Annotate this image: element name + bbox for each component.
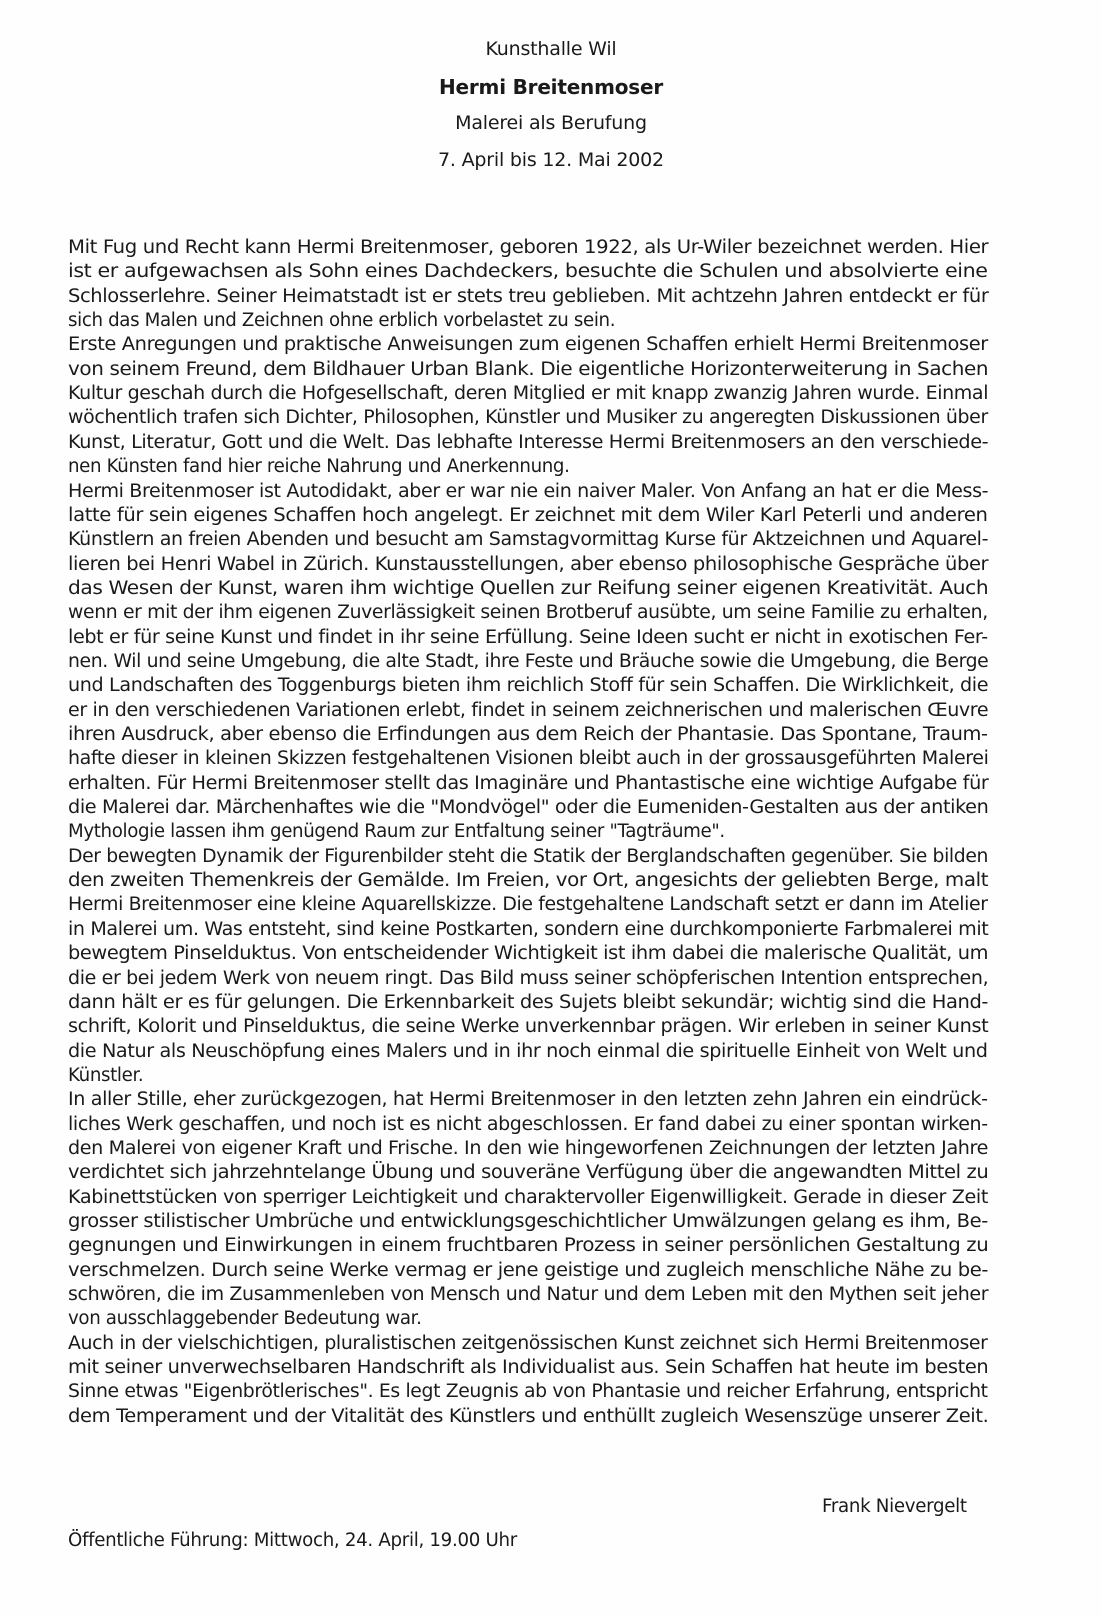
text-line: sich das Malen und Zeichnen ohne erblich… bbox=[68, 309, 615, 333]
text-line: dann hält er es für gelungen. Die Erkenn… bbox=[68, 991, 988, 1015]
text-line: die er bei jedem Werk von neuem ringt. D… bbox=[68, 967, 988, 991]
text-line: mit seiner unverwechselbaren Handschrift… bbox=[68, 1356, 988, 1380]
guided-tour-note: Öffentliche Führung: Mittwoch, 24. April… bbox=[68, 1530, 517, 1551]
text-line: Künstlern an freien Abenden und besucht … bbox=[68, 528, 988, 552]
exhibition-dates: 7. April bis 12. Mai 2002 bbox=[0, 149, 1102, 171]
text-line: nen Künsten fand hier reiche Nahrung und… bbox=[68, 455, 570, 479]
text-line: Mit Fug und Recht kann Hermi Breitenmose… bbox=[68, 236, 988, 260]
text-line: nen. Wil und seine Umgebung, die alte St… bbox=[68, 650, 988, 674]
text-line: dem Temperament und der Vitalität des Kü… bbox=[68, 1405, 988, 1429]
text-line: die Natur als Neuschöpfung eines Malers … bbox=[68, 1040, 988, 1064]
document-page: Kunsthalle Wil Hermi Breitenmoser Malere… bbox=[0, 0, 1102, 1618]
text-line: verschmelzen. Durch seine Werke vermag e… bbox=[68, 1259, 988, 1283]
text-line: grosser stilistischer Umbrüche und entwi… bbox=[68, 1210, 988, 1234]
text-line: Schlosserlehre. Seiner Heimatstadt ist e… bbox=[68, 285, 988, 309]
text-line: Mythologie lassen ihm genügend Raum zur … bbox=[68, 820, 725, 844]
text-line: Der bewegten Dynamik der Figurenbilder s… bbox=[68, 845, 988, 869]
text-line: erhalten. Für Hermi Breitenmoser stellt … bbox=[68, 772, 988, 796]
text-line: verdichtet sich jahrzehntelange Übung un… bbox=[68, 1161, 988, 1185]
text-line: lebt er für seine Kunst und findet in ih… bbox=[68, 626, 988, 650]
text-line: in Malerei um. Was entsteht, sind keine … bbox=[68, 918, 988, 942]
text-line: Hermi Breitenmoser eine kleine Aquarells… bbox=[68, 893, 988, 917]
venue-name: Kunsthalle Wil bbox=[0, 38, 1102, 60]
text-line: Sinne etwas "Eigenbrötlerisches". Es leg… bbox=[68, 1380, 988, 1404]
artist-name: Hermi Breitenmoser bbox=[0, 75, 1102, 99]
text-line: von ausschlaggebender Bedeutung war. bbox=[68, 1307, 422, 1331]
author-signature: Frank Nievergelt bbox=[822, 1496, 967, 1517]
text-line: liches Werk geschaffen, und noch ist es … bbox=[68, 1113, 988, 1137]
exhibition-title: Malerei als Berufung bbox=[0, 112, 1102, 134]
text-line: von seinem Freund, dem Bildhauer Urban B… bbox=[68, 358, 988, 382]
text-line: ihren Ausdruck, aber ebenso die Erfindun… bbox=[68, 723, 988, 747]
text-line: Hermi Breitenmoser ist Autodidakt, aber … bbox=[68, 480, 988, 504]
text-line: und Landschaften des Toggenburgs bieten … bbox=[68, 674, 988, 698]
text-line: In aller Stille, eher zurückgezogen, hat… bbox=[68, 1088, 988, 1112]
text-line: schwören, die im Zusammenleben von Mensc… bbox=[68, 1283, 988, 1307]
text-line: schrift, Kolorit und Pinselduktus, die s… bbox=[68, 1015, 988, 1039]
text-line: Kultur geschah durch die Hofgesellschaft… bbox=[68, 382, 988, 406]
text-line: hafte dieser in kleinen Skizzen festgeha… bbox=[68, 747, 988, 771]
text-line: latte für sein eigenes Schaffen hoch ang… bbox=[68, 504, 988, 528]
text-line: den zweiten Themenkreis der Gemälde. Im … bbox=[68, 869, 988, 893]
text-line: er in den verschiedenen Variationen erle… bbox=[68, 699, 988, 723]
text-line: ist er aufgewachsen als Sohn eines Dachd… bbox=[68, 260, 988, 284]
text-line: wenn er mit der ihm eigenen Zuverlässigk… bbox=[68, 601, 988, 625]
text-line: Kabinettstücken von sperriger Leichtigke… bbox=[68, 1186, 988, 1210]
text-line: das Wesen der Kunst, waren ihm wichtige … bbox=[68, 577, 988, 601]
text-line: Auch in der vielschichtigen, pluralistis… bbox=[68, 1332, 988, 1356]
text-line: Künstler. bbox=[68, 1064, 143, 1088]
text-line: Kunst, Literatur, Gott und die Welt. Das… bbox=[68, 431, 988, 455]
text-line: Erste Anregungen und praktische Anweisun… bbox=[68, 333, 988, 357]
text-line: gegnungen und Einwirkungen in einem fruc… bbox=[68, 1234, 988, 1258]
text-line: wöchentlich trafen sich Dichter, Philoso… bbox=[68, 406, 988, 430]
text-line: lieren bei Henri Wabel in Zürich. Kunsta… bbox=[68, 553, 988, 577]
text-line: die Malerei dar. Märchenhaftes wie die "… bbox=[68, 796, 988, 820]
text-line: den Malerei von eigener Kraft und Frisch… bbox=[68, 1137, 988, 1161]
text-line: bewegtem Pinselduktus. Von entscheidende… bbox=[68, 942, 988, 966]
